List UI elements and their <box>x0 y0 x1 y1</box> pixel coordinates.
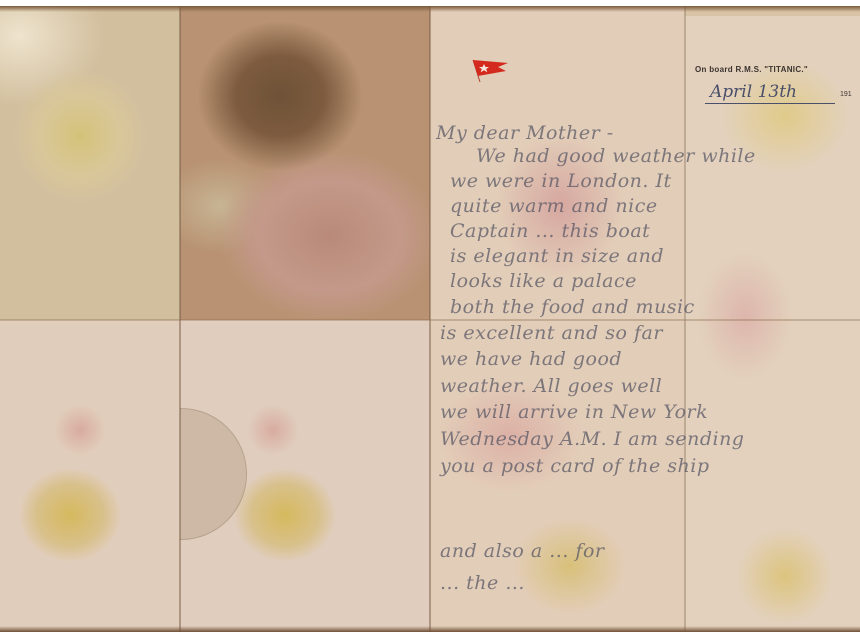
fold-line <box>0 319 860 321</box>
torn-edge-top <box>0 6 860 12</box>
letter-year: 191 <box>840 91 852 98</box>
handwritten-line: both the food and music <box>450 296 695 318</box>
water-stain-ring <box>180 408 247 540</box>
stained-panel-top-middle <box>180 6 430 320</box>
white-star-flag-icon <box>470 58 510 82</box>
handwritten-line: weather. All goes well <box>440 375 662 397</box>
date-underline <box>705 103 835 104</box>
handwritten-line: is elegant in size and <box>450 245 664 267</box>
torn-edge-bottom <box>0 626 860 632</box>
handwritten-line: we have had good <box>440 348 622 370</box>
salutation: My dear Mother - <box>436 122 614 144</box>
stained-panel-bottom-middle <box>180 320 430 632</box>
handwritten-line: we will arrive in New York <box>440 401 708 423</box>
handwritten-line: quite warm and nice <box>450 195 658 217</box>
handwritten-line: Wednesday A.M. I am sending <box>440 428 744 450</box>
handwritten-line: and also a ... for <box>440 540 604 562</box>
handwritten-line: We had good weather while <box>476 145 756 167</box>
handwritten-line: Captain ... this boat <box>450 220 650 242</box>
handwritten-line: we were in London. It <box>450 170 672 192</box>
handwritten-line: looks like a palace <box>450 270 637 292</box>
letter-page-right <box>685 16 860 632</box>
letter-date: April 13th <box>710 82 797 102</box>
handwritten-line: ... the ... <box>440 572 525 594</box>
stained-panel-top-left <box>0 6 180 320</box>
handwritten-line: you a post card of the ship <box>440 455 710 477</box>
stained-panel-bottom-left <box>0 320 180 632</box>
handwritten-line: is excellent and so far <box>440 322 663 344</box>
letterhead: On board R.M.S. "TITANIC." <box>695 65 808 74</box>
